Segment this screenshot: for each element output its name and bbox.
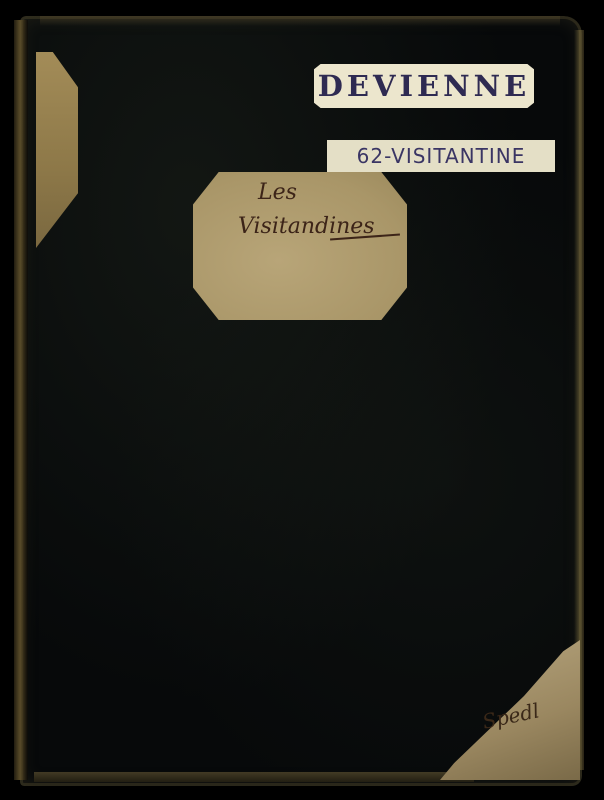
composer-label: DEVIENNE [314, 64, 534, 108]
book-spine [14, 20, 28, 780]
book-cover [20, 16, 582, 786]
catalog-number: 62-VISITANTINE [357, 144, 526, 168]
catalog-label: 62-VISITANTINE [327, 140, 555, 172]
title-handwriting-line2: Visitandines [238, 214, 375, 239]
cover-top-edge [40, 16, 560, 26]
cover-bottom-edge [34, 772, 474, 782]
title-handwriting-line1: Les [258, 180, 297, 205]
title-label [193, 172, 407, 320]
composer-name: DEVIENNE [318, 69, 531, 103]
